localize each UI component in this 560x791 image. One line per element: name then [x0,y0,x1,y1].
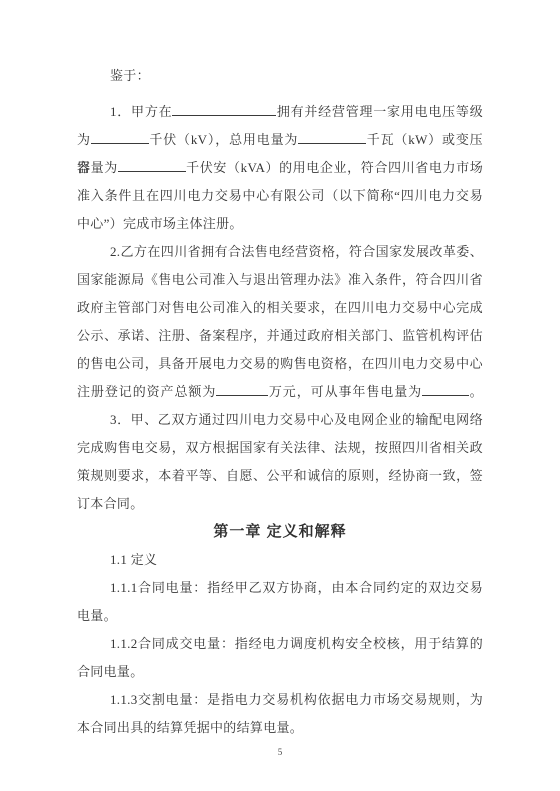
text-run: 拥有并经营管理一家用电电压等级 [276,104,483,119]
clause-1-1-3-line-1: 1.1.3交割电量：是指电力交易机构依据电力市场交易规则，为 [77,686,483,714]
text-run: 完成购售电交易，双方根据国家有关法律、法规，按照四川省相关政 [77,440,483,455]
document-body: 鉴于：1．甲方在拥有并经营管理一家用电电压等级为千伏（kV），总用电量为千瓦（k… [77,62,483,742]
chapter-1-heading: 第一章 定义和解释 [77,518,483,546]
clause-1-1-1-line-2: 电量。 [77,602,483,630]
text-run: 订本合同。 [77,496,144,511]
text-run: 1.1 定义 [110,552,157,567]
clause-2-line-2: 国家能源局《售电公司准入与退出管理办法》准入条件，符合四川省 [77,266,483,294]
text-run: 准入条件且在四川电力交易中心有限公司（以下简称“四川电力交易 [77,188,483,203]
clause-2-line-6: 注册登记的资产总额为万元，可从事年售电量为。 [77,378,483,406]
clause-1-1-1-line-1: 1.1.1合同电量：指经甲乙双方协商，由本合同约定的双边交易 [77,574,483,602]
text-run: 第一章 定义和解释 [213,523,346,540]
blank-underline-field [422,383,469,396]
text-run: 1．甲方在 [110,104,172,119]
clause-1-1-2-line-1: 1.1.2合同成交电量：指经电力调度机构安全校核，用于结算的 [77,630,483,658]
text-run: 中心”）完成市场主体注册。 [77,216,243,231]
text-run: 为 [77,132,91,147]
clause-3-line-1: 3．甲、乙双方通过四川电力交易中心及电网企业的输配电网络 [77,406,483,434]
text-run: 。 [469,384,483,399]
text-run: 政府主管部门对售电公司准入的相关要求，在四川电力交易中心完成 [77,300,483,315]
text-run: 1.1.1合同电量：指经甲乙双方协商，由本合同约定的双边交易 [110,580,483,595]
clause-2-line-5: 的售电公司，具备开展电力交易的购售电资格，在四川电力交易中心 [77,350,483,378]
text-run: 公示、承诺、注册、备案程序，并通过政府相关部门、监管机构评估 [77,328,483,343]
section-1-1-heading: 1.1 定义 [77,546,483,574]
clause-1-line-4: 准入条件且在四川电力交易中心有限公司（以下简称“四川电力交易 [77,182,483,210]
blank-underline-field [216,383,268,396]
clause-1-line-1: 1．甲方在拥有并经营管理一家用电电压等级 [77,98,483,126]
text-run: 合同电量。 [77,664,144,679]
text-run: 2.乙方在四川省拥有合法售电经营资格，符合国家发展改革委、 [110,244,483,259]
blank-underline-field [91,131,149,144]
text-run: 千伏安（kVA）的用电企业，符合四川省电力市场 [186,160,483,175]
text-run: 1.1.2合同成交电量：指经电力调度机构安全校核，用于结算的 [110,636,483,651]
page-number: 5 [77,746,483,758]
whereas-label: 鉴于： [77,62,483,90]
text-run: 万元，可从事年售电量为 [268,384,422,399]
text-run: 策规则要求，本着平等、自愿、公平和诚信的原则，经协商一致，签 [77,468,483,483]
text-run: 本合同出具的结算凭据中的结算电量。 [77,720,303,735]
text-run: 3．甲、乙双方通过四川电力交易中心及电网企业的输配电网络 [110,412,483,427]
text-run: 的售电公司，具备开展电力交易的购售电资格，在四川电力交易中心 [77,356,483,371]
clause-1-1-3-line-2: 本合同出具的结算凭据中的结算电量。 [77,714,483,742]
clause-3-line-4: 订本合同。 [77,490,483,518]
clause-1-1-2-line-2: 合同电量。 [77,658,483,686]
text-run: 电量。 [77,608,117,623]
text-run: 注册登记的资产总额为 [77,384,216,399]
document-page: 鉴于：1．甲方在拥有并经营管理一家用电电压等级为千伏（kV），总用电量为千瓦（k… [0,0,560,791]
text-run: 千伏（kV），总用电量为 [149,132,298,147]
blank-underline-field [298,131,366,144]
blank-underline-field [118,159,186,172]
clause-2-line-4: 公示、承诺、注册、备案程序，并通过政府相关部门、监管机构评估 [77,322,483,350]
clause-3-line-3: 策规则要求，本着平等、自愿、公平和诚信的原则，经协商一致，签 [77,462,483,490]
clause-2-line-1: 2.乙方在四川省拥有合法售电经营资格，符合国家发展改革委、 [77,238,483,266]
text-run: 国家能源局《售电公司准入与退出管理办法》准入条件，符合四川省 [77,272,483,287]
text-run: 鉴于： [110,68,150,83]
clause-3-line-2: 完成购售电交易，双方根据国家有关法律、法规，按照四川省相关政 [77,434,483,462]
clause-1-line-3: 容量为千伏安（kVA）的用电企业，符合四川省电力市场 [77,154,483,182]
clause-1-line-5: 中心”）完成市场主体注册。 [77,210,483,238]
clause-2-line-3: 政府主管部门对售电公司准入的相关要求，在四川电力交易中心完成 [77,294,483,322]
text-run: 容量为 [77,160,118,175]
text-run: 1.1.3交割电量：是指电力交易机构依据电力市场交易规则，为 [110,692,483,707]
clause-1-line-2: 为千伏（kV），总用电量为千瓦（kW）或变压器 [77,126,483,154]
blank-underline-field [172,103,276,116]
